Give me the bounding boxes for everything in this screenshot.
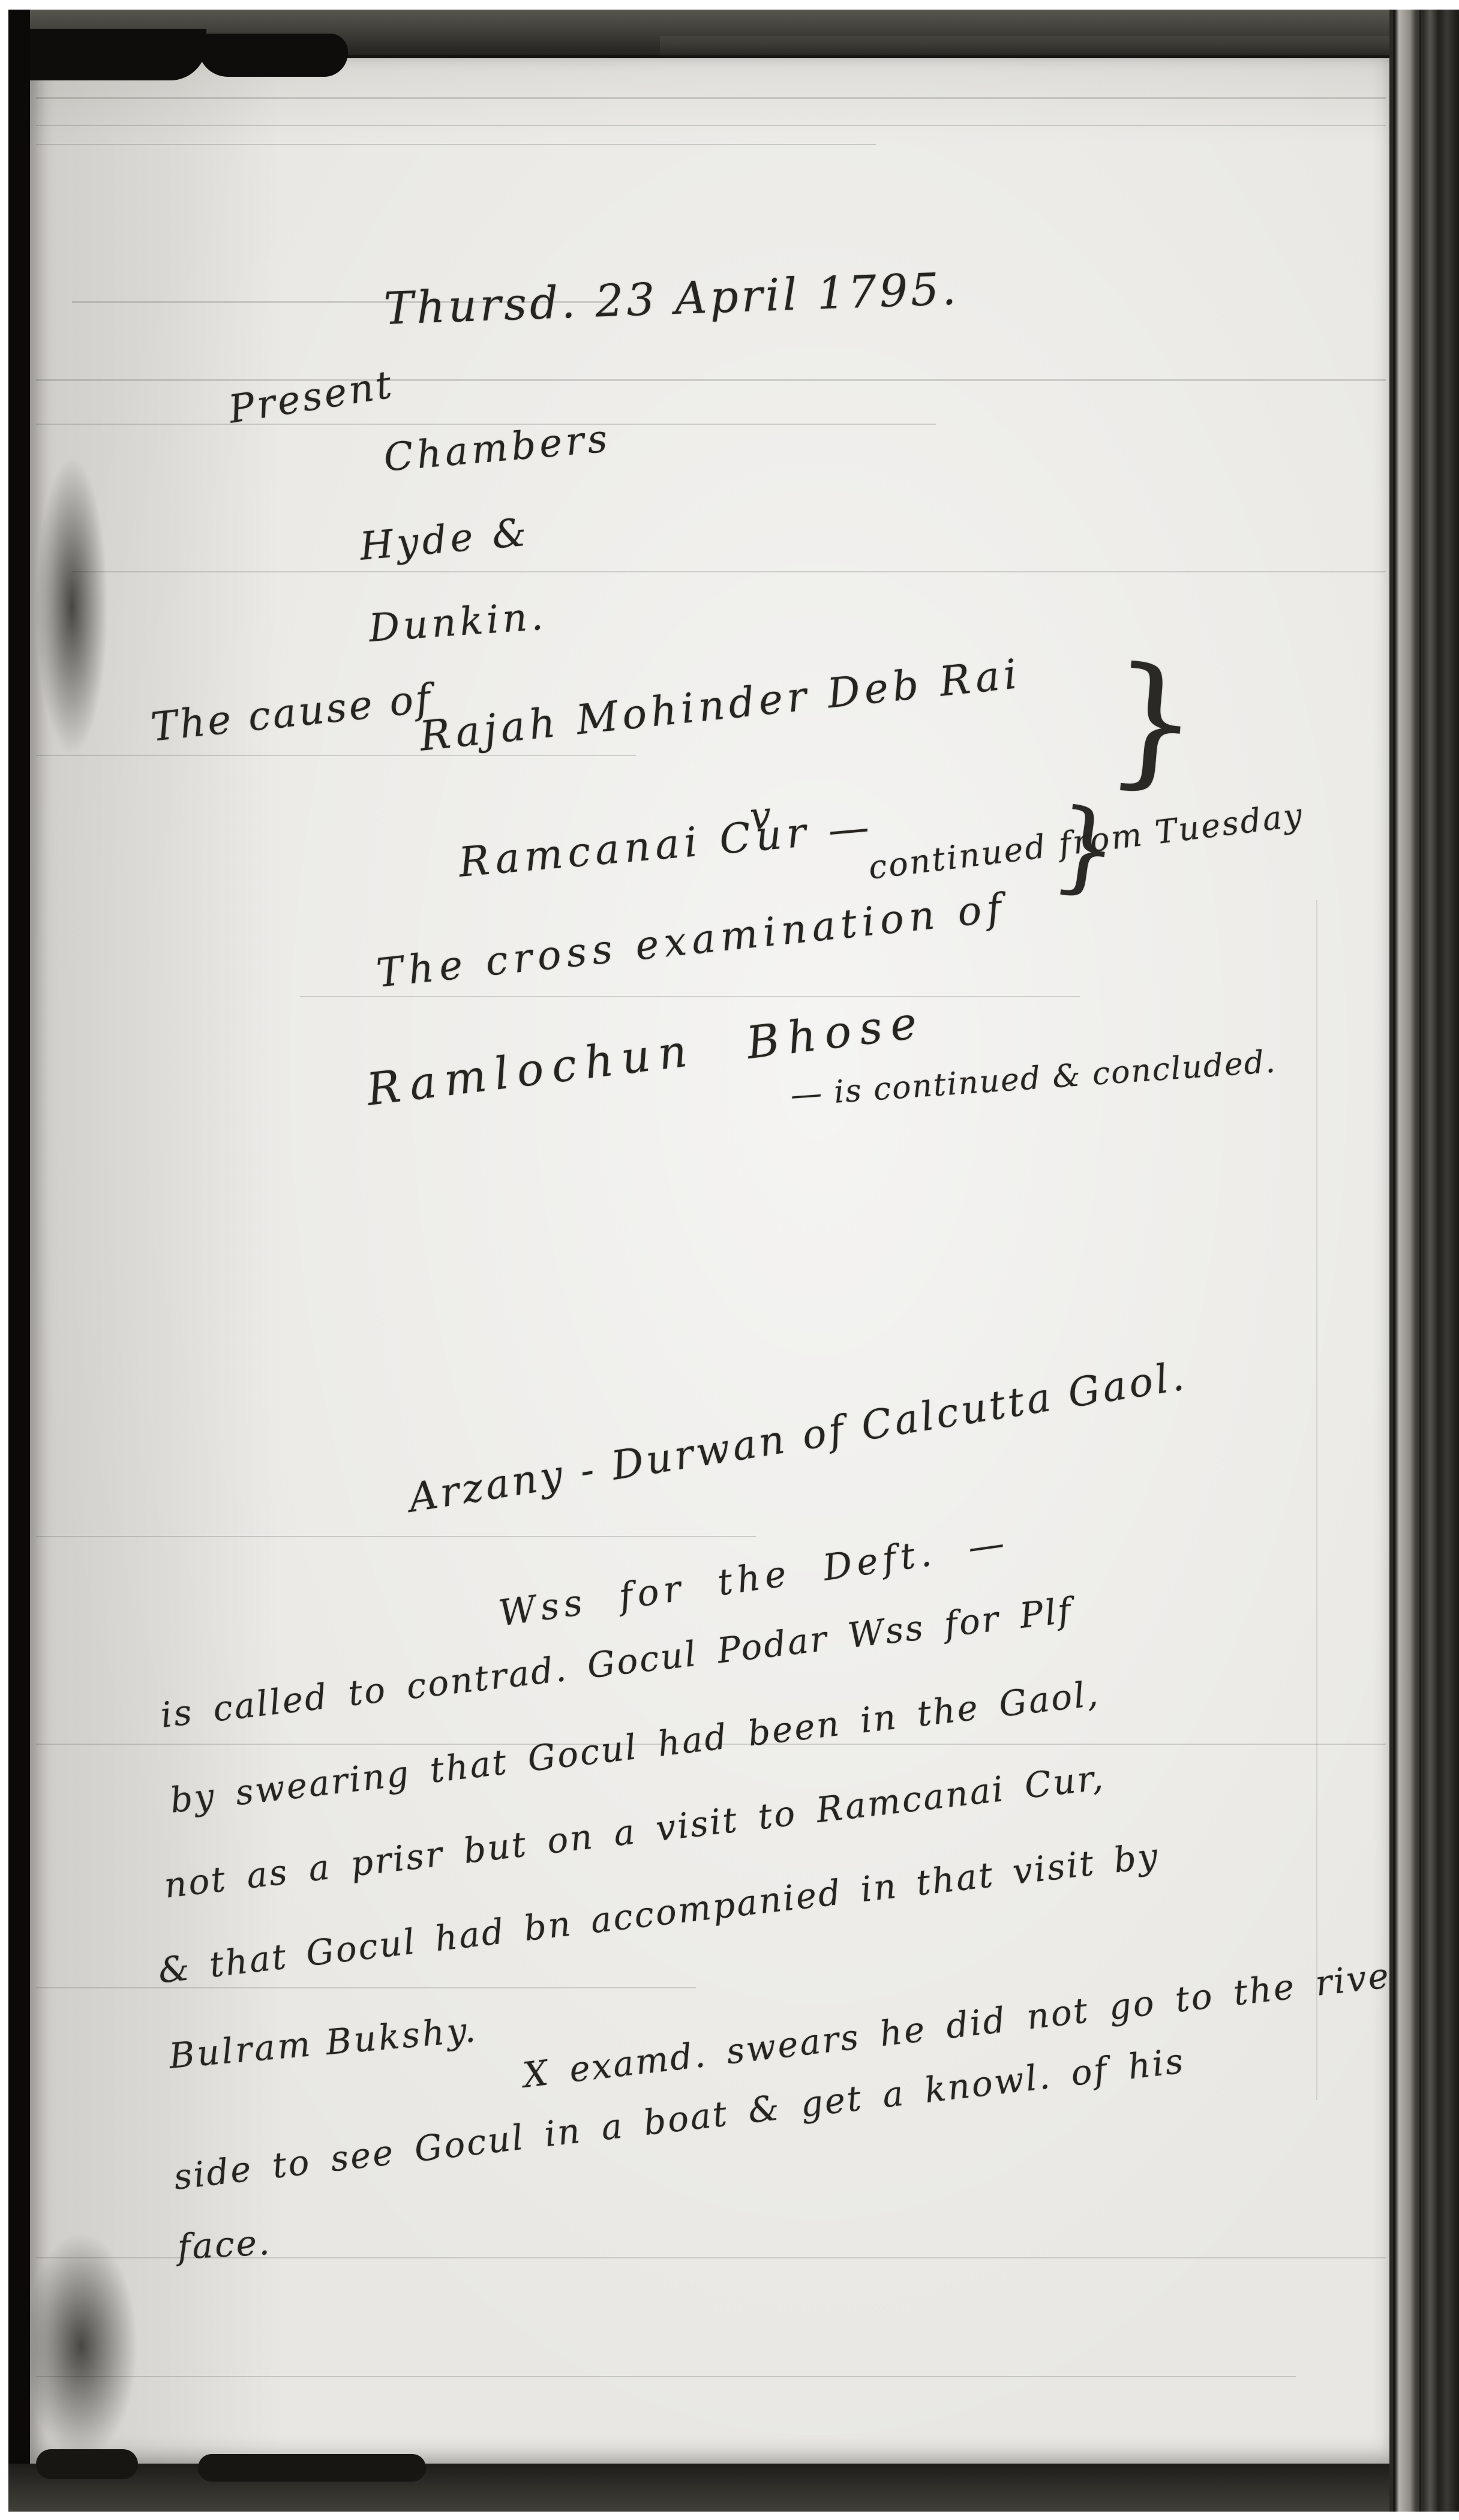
scan-streak [72,571,1386,572]
manuscript-scan: Thursd. 23 April 1795. Present Chambers … [0,0,1459,2520]
scan-streak [36,755,636,756]
paper-chain-line [1316,900,1317,2100]
scan-smudge [36,456,108,756]
scan-smudge [24,2232,138,2460]
scan-dark-blob [198,34,348,77]
page-bottom-edge-bump [36,2449,138,2479]
scan-streak [36,97,1386,99]
scan-streak [36,379,1386,381]
scan-streak [300,996,1080,997]
gutter-edge-line [1419,10,1421,2512]
book-gutter-edges [1389,10,1459,2512]
scan-streak [36,144,876,145]
scan-streak [36,125,1386,126]
gutter-edge-line [1393,10,1395,2512]
scan-streak [36,1536,756,1537]
judge-dunkin: Dunkin. [368,597,548,648]
page-bottom-edge-bump [198,2454,426,2482]
scan-dark-blob [8,29,206,80]
scan-streak [36,1987,696,1988]
scan-top-band-fade [660,36,1458,58]
case-brace-upper: } [1103,647,1204,796]
cross-line: face. [176,2225,272,2264]
scan-left-strip [8,10,30,2512]
scan-streak [36,2376,1296,2377]
scan-streak [36,424,936,425]
